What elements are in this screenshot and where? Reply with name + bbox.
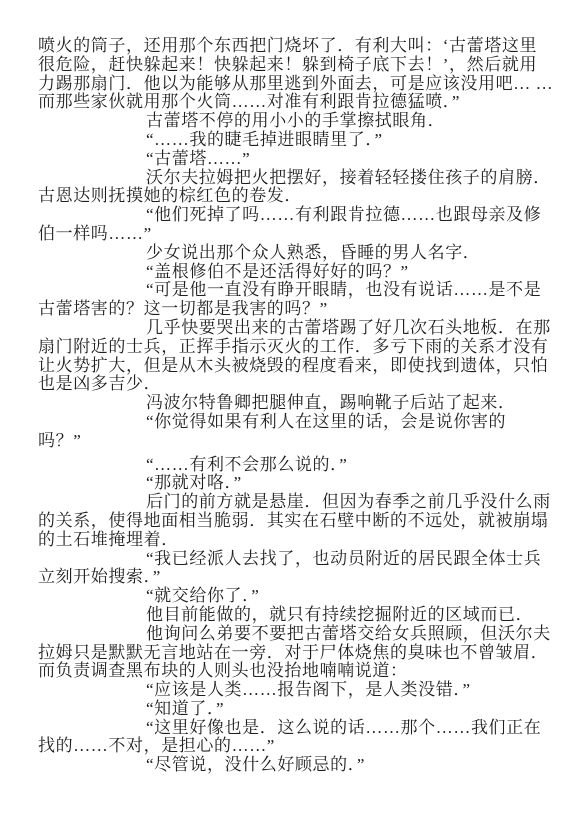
text-line: 也是凶多吉少． (38, 375, 559, 394)
screenshot-root: { "document": { "background_color": "#ff… (0, 0, 583, 828)
text-line: “知道了．” (38, 700, 559, 719)
text-line: 而那些家伙就用那个火筒……对准有利跟肯拉德猛喷．” (38, 93, 559, 112)
text-line: 沃尔夫拉姆把火把摆好，接着轻轻搂住孩子的肩膀． (38, 169, 559, 188)
text-line: 他询问么弟要不要把古蕾塔交给女兵照顾，但沃尔夫 (38, 625, 559, 644)
text-line: 喷火的筒子，还用那个东西把门烧坏了．有利大叫：‘古蕾塔这里 (38, 37, 559, 56)
text-line: “你觉得如果有利人在这里的话，会是说你害的 (38, 413, 559, 432)
text-line: 的关系，使得地面相当脆弱．其实在石壁中断的不远处，就被崩塌 (38, 512, 559, 531)
text-line: 后门的前方就是悬崖．但因为春季之前几乎没什么雨 (38, 493, 559, 512)
text-line: “这里好像也是．这么说的话……那个……我们正在 (38, 719, 559, 738)
text-line: “……有利不会那么说的．” (38, 456, 559, 475)
text-line: “……我的睫毛掉进眼睛里了．” (38, 131, 559, 150)
text-line: 拉姆只是默默无言地站在一旁．对于尸体烧焦的臭味也不曾皱眉． (38, 644, 559, 663)
document-page: 喷火的筒子，还用那个东西把门烧坏了．有利大叫：‘古蕾塔这里很危险，赶快躲起来！快… (0, 0, 583, 828)
text-line: 他目前能做的，就只有持续挖掘附近的区域而已． (38, 606, 559, 625)
text-line: “那就对咯．” (38, 474, 559, 493)
text-line: 而负责调查黑布块的人则头也没抬地喃喃说道： (38, 662, 559, 681)
text-line: 立刻开始搜索．” (38, 568, 559, 587)
text-line: 古蕾塔害的？这一切都是我害的吗？” (38, 300, 559, 319)
text-line: “古蕾塔……” (38, 150, 559, 169)
text-line: “可是他一直没有睁开眼睛，也没有说话……是不是 (38, 281, 559, 300)
text-line: 冯波尔特鲁卿把腿伸直，踢响靴子后站了起来． (38, 394, 559, 413)
text-line: 扇门附近的士兵，正挥手指示灭火的工作．多亏下雨的关系才没有 (38, 338, 559, 357)
text-line: 古恩达则抚摸她的棕红色的卷发． (38, 187, 559, 206)
text-line: 很危险，赶快躲起来！快躲起来！躲到椅子底下去！’，然后就用 (38, 56, 559, 75)
text-line: “应该是人类……报告阁下，是人类没错．” (38, 681, 559, 700)
text-line: 让火势扩大，但是从木头被烧毁的程度看来，即使找到遗体，只怕 (38, 357, 559, 376)
text-line: “盖根修伯不是还活得好好的吗？” (38, 263, 559, 282)
text-line: “尽管说，没什么好顾忌的．” (38, 756, 559, 775)
text-line: “就交给你了．” (38, 587, 559, 606)
text-line: 找的……不对，是担心的……” (38, 737, 559, 756)
text-line: 力踢那扇门．他以为能够从那里逃到外面去，可是应该没用吧… … (38, 75, 559, 94)
text-line: “他们死掉了吗……有利跟肯拉德……也跟母亲及修 (38, 206, 559, 225)
novel-text-block: 喷火的筒子，还用那个东西把门烧坏了．有利大叫：‘古蕾塔这里很危险，赶快躲起来！快… (38, 37, 559, 775)
text-line: 古蕾塔不停的用小小的手掌擦拭眼角． (38, 112, 559, 131)
text-line: “我已经派人去找了，也动员附近的居民跟全体士兵 (38, 550, 559, 569)
text-line: 吗？” (38, 432, 559, 451)
text-line: 的土石堆掩埋着． (38, 531, 559, 550)
text-line: 少女说出那个众人熟悉，昏睡的男人名字． (38, 244, 559, 263)
text-line: 伯一样吗……” (38, 225, 559, 244)
text-line: 几乎快要哭出来的古蕾塔踢了好几次石头地板．在那 (38, 319, 559, 338)
